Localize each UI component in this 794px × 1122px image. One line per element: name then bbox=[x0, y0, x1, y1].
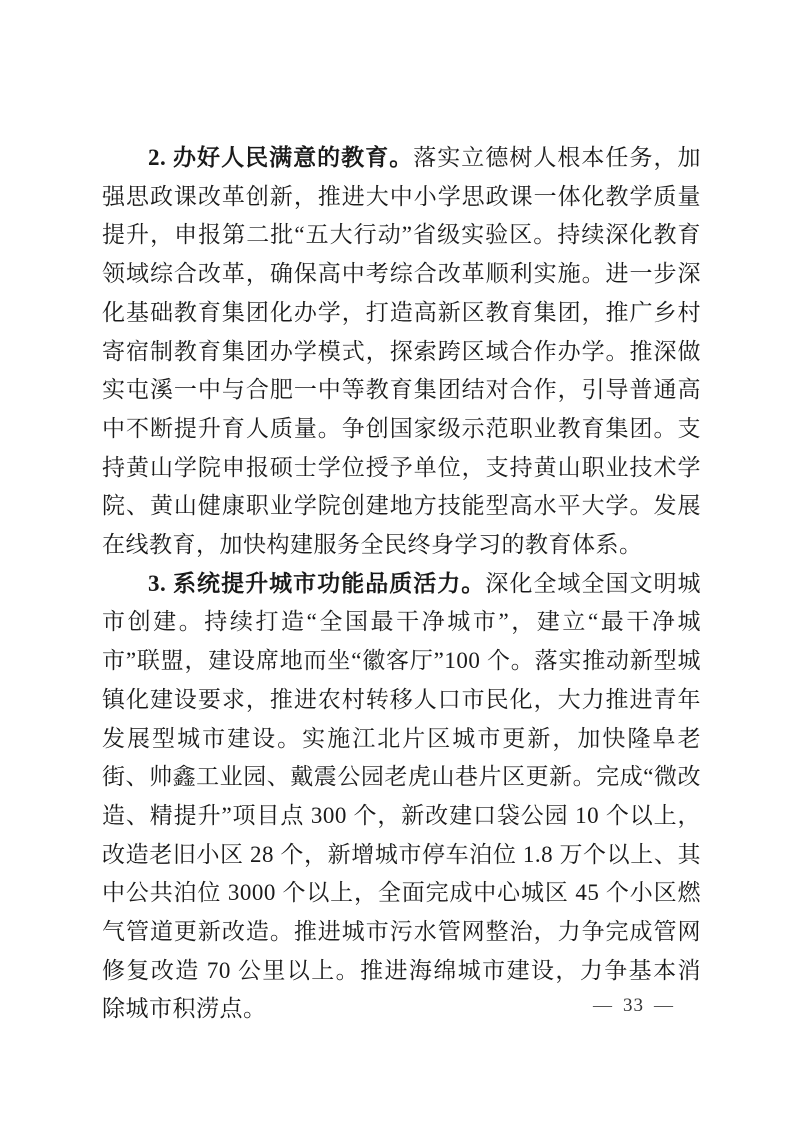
paragraph: 3. 系统提升城市功能品质活力。深化全域全国文明城市创建。持续打造“全国最干净城… bbox=[102, 565, 701, 1029]
paragraph-lead: 2. 办好人民满意的教育。 bbox=[148, 145, 413, 170]
footer-left-dash: — bbox=[583, 995, 623, 1016]
page-number: —33— bbox=[583, 995, 684, 1017]
paragraph-lead: 3. 系统提升城市功能品质活力。 bbox=[148, 571, 485, 596]
footer-right-dash: — bbox=[644, 995, 684, 1016]
document-content: 2. 办好人民满意的教育。落实立德树人根本任务，加强思政课改革创新，推进大中小学… bbox=[102, 139, 701, 1029]
document-page: 2. 办好人民满意的教育。落实立德树人根本任务，加强思政课改革创新，推进大中小学… bbox=[0, 0, 794, 1122]
paragraph-body: 深化全域全国文明城市创建。持续打造“全国最干净城市”，建立“最干净城市”联盟，建… bbox=[102, 571, 701, 1022]
footer-page-number: 33 bbox=[623, 995, 644, 1016]
paragraph: 2. 办好人民满意的教育。落实立德树人根本任务，加强思政课改革创新，推进大中小学… bbox=[102, 139, 701, 565]
paragraph-body: 落实立德树人根本任务，加强思政课改革创新，推进大中小学思政课一体化教学质量提升，… bbox=[102, 145, 701, 557]
